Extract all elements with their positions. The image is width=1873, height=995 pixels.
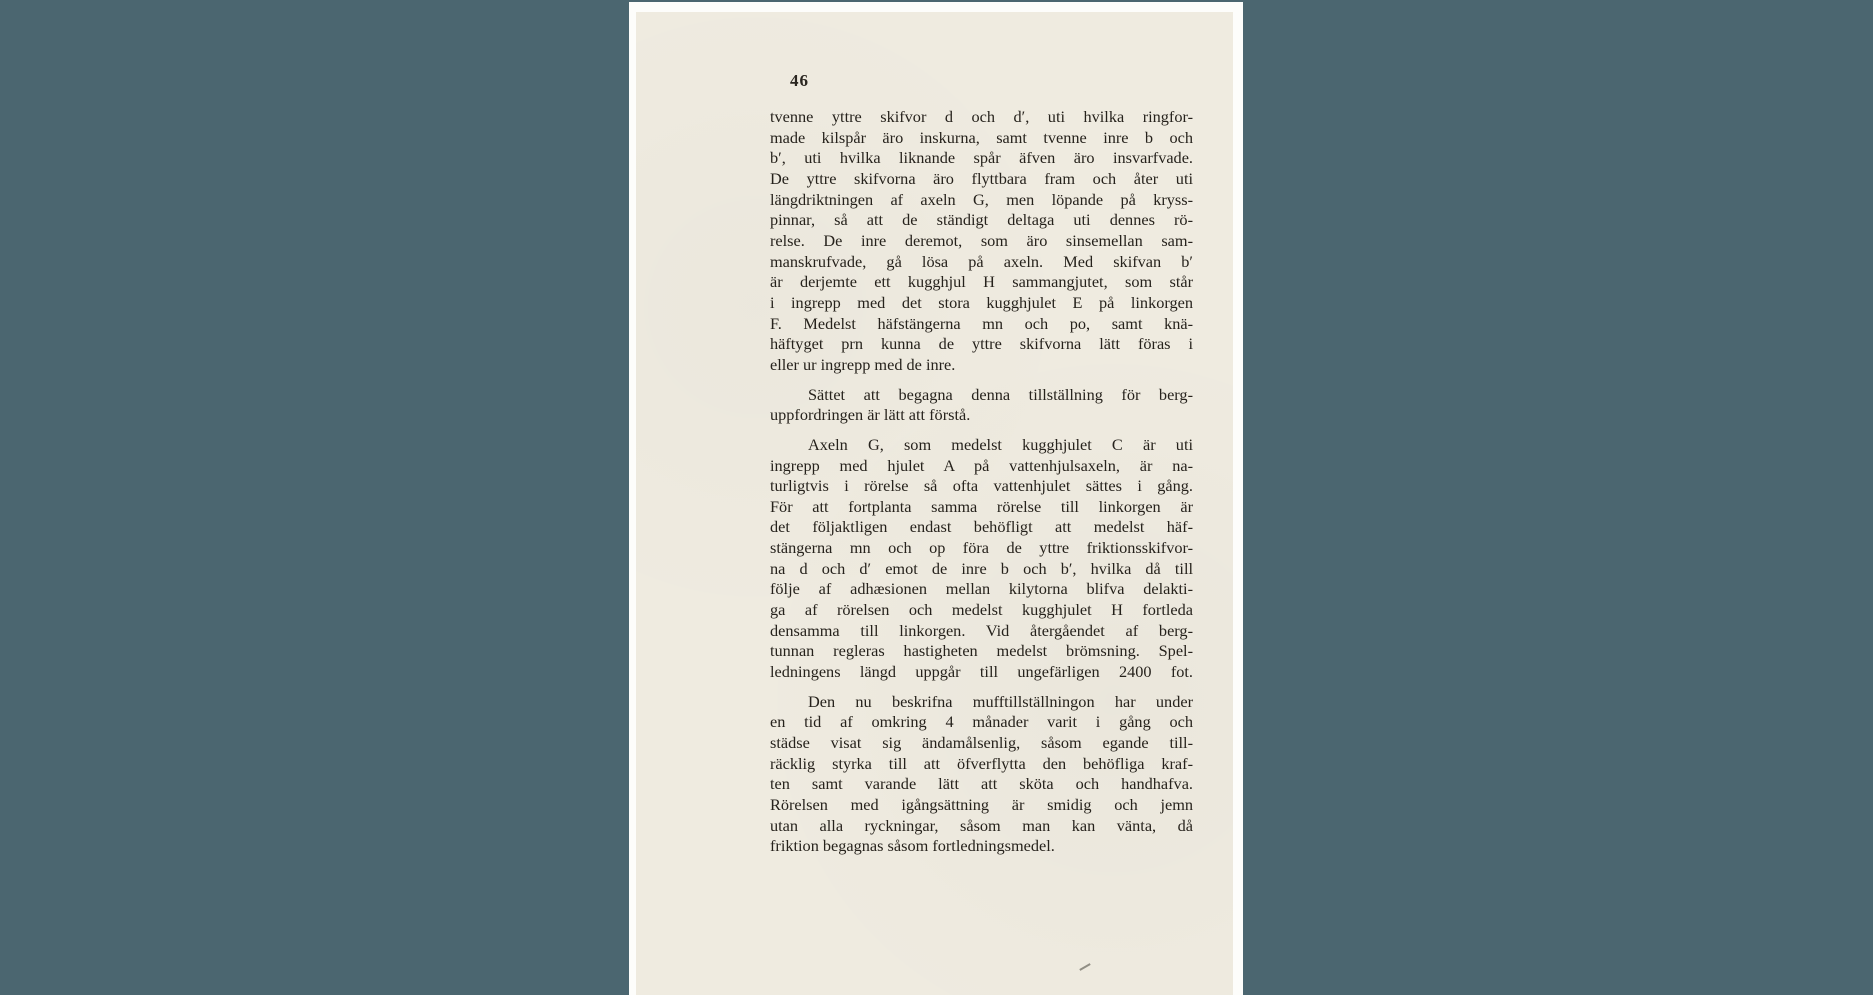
text-line: stängerna mn och op föra de yttre frikti… bbox=[770, 538, 1193, 559]
text-line: längdriktningen af axeln G, men löpande … bbox=[770, 190, 1193, 211]
text-line: räcklig styrka till att öfverflytta den … bbox=[770, 754, 1193, 775]
page-paper: 46 tvenne yttre skifvor d och d′, uti hv… bbox=[636, 12, 1233, 995]
text-line: De yttre skifvorna äro flyttbara fram oc… bbox=[770, 169, 1193, 190]
text-line: följe af adhæsionen mellan kilytorna bli… bbox=[770, 579, 1193, 600]
text-line: manskrufvade, gå lösa på axeln. Med skif… bbox=[770, 252, 1193, 273]
text-line: För att fortplanta samma rörelse till li… bbox=[770, 497, 1193, 518]
text-line: tunnan regleras hastigheten medelst bröm… bbox=[770, 641, 1193, 662]
scanned-page-frame: 46 tvenne yttre skifvor d och d′, uti hv… bbox=[629, 2, 1243, 995]
text-line: städse visat sig ändamålsenlig, såsom eg… bbox=[770, 733, 1193, 754]
paragraph-4: Den nu beskrifna mufftillställningon har… bbox=[770, 692, 1193, 857]
text-line: ingrepp med hjulet A på vattenhjulsaxeln… bbox=[770, 456, 1193, 477]
text-line: b′, uti hvilka liknande spår äfven äro i… bbox=[770, 148, 1193, 169]
text-line: na d och d′ emot de inre b och b′, hvilk… bbox=[770, 559, 1193, 580]
text-line: Den nu beskrifna mufftillställningon har… bbox=[770, 692, 1193, 713]
paragraph-3: Axeln G, som medelst kugghjulet C är uti… bbox=[770, 435, 1193, 683]
text-line: eller ur ingrepp med de inre. bbox=[770, 355, 1193, 376]
body-text: tvenne yttre skifvor d och d′, uti hvilk… bbox=[770, 107, 1193, 866]
text-line: densamma till linkorgen. Vid återgåendet… bbox=[770, 621, 1193, 642]
text-line: friktion begagnas såsom fortledningsmede… bbox=[770, 836, 1193, 857]
text-line: F. Medelst häfstängerna mn och po, samt … bbox=[770, 314, 1193, 335]
text-line: turligtvis i rörelse så ofta vattenhjule… bbox=[770, 476, 1193, 497]
text-line: i ingrepp med det stora kugghjulet E på … bbox=[770, 293, 1193, 314]
text-line: är derjemte ett kugghjul H sammangjutet,… bbox=[770, 272, 1193, 293]
text-line: utan alla ryckningar, såsom man kan vänt… bbox=[770, 816, 1193, 837]
text-line: ga af rörelsen och medelst kugghjulet H … bbox=[770, 600, 1193, 621]
text-line: relse. De inre deremot, som äro sinsemel… bbox=[770, 231, 1193, 252]
text-line: det följaktligen endast behöfligt att me… bbox=[770, 517, 1193, 538]
text-line: pinnar, så att de ständigt deltaga uti d… bbox=[770, 210, 1193, 231]
paragraph-1: tvenne yttre skifvor d och d′, uti hvilk… bbox=[770, 107, 1193, 376]
paragraph-2: Sättet att begagna denna tillställning f… bbox=[770, 385, 1193, 426]
text-line: Axeln G, som medelst kugghjulet C är uti bbox=[770, 435, 1193, 456]
text-line: en tid af omkring 4 månader varit i gång… bbox=[770, 712, 1193, 733]
paper-blemish bbox=[1079, 963, 1090, 971]
text-line: Rörelsen med igångsättning är smidig och… bbox=[770, 795, 1193, 816]
text-line: häftyget prn kunna de yttre skifvorna lä… bbox=[770, 334, 1193, 355]
text-line: ten samt varande lätt att sköta och hand… bbox=[770, 774, 1193, 795]
text-line: uppfordringen är lätt att förstå. bbox=[770, 405, 1193, 426]
text-line: ledningens längd uppgår till ungefärlige… bbox=[770, 662, 1193, 683]
page-number: 46 bbox=[790, 71, 809, 91]
text-line: made kilspår äro inskurna, samt tvenne i… bbox=[770, 128, 1193, 149]
text-line: tvenne yttre skifvor d och d′, uti hvilk… bbox=[770, 107, 1193, 128]
text-line: Sättet att begagna denna tillställning f… bbox=[770, 385, 1193, 406]
